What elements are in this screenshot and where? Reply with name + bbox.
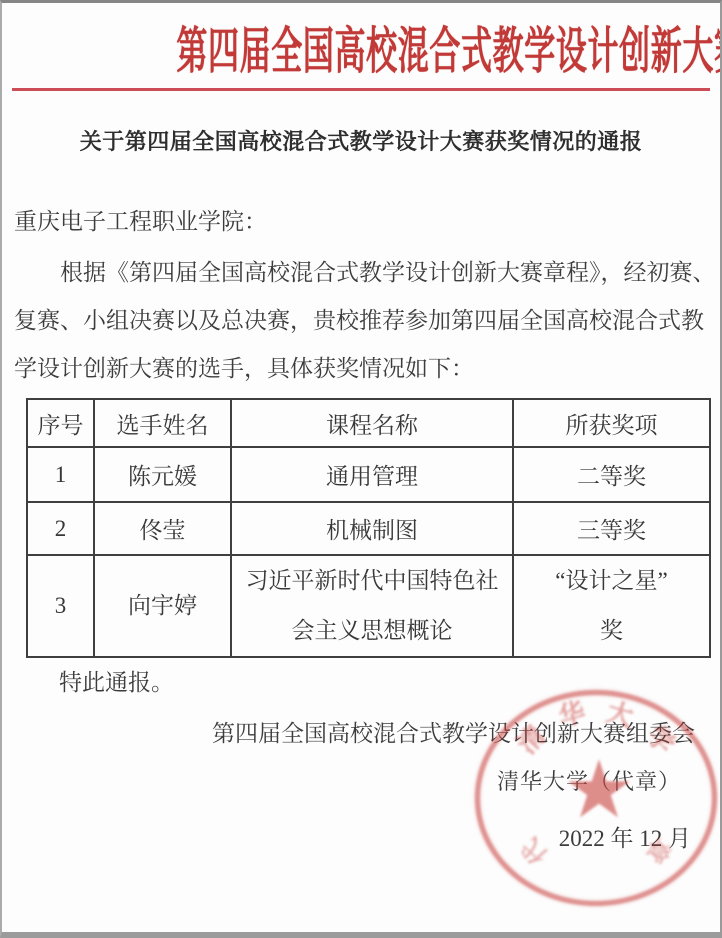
signature-date: 2022 年 12 月 bbox=[559, 820, 691, 853]
banner-divider bbox=[12, 88, 710, 91]
cell-course: 习近平新时代中国特色社 会主义思想概论 bbox=[231, 555, 513, 657]
cell-index: 3 bbox=[27, 555, 94, 657]
seal-corner-character: 代 bbox=[516, 831, 556, 871]
cell-name: 佟莹 bbox=[94, 502, 231, 555]
paragraph-line: 复赛、小组决赛以及总决赛，贵校推荐参加第四届全国高校混合式教 bbox=[14, 297, 710, 345]
cell-award: 三等奖 bbox=[513, 502, 710, 555]
paragraph-line: 根据《第四届全国高校混合式教学设计创新大赛章程》，经初赛、 bbox=[14, 249, 710, 297]
table-row: 2 佟莹 机械制图 三等奖 bbox=[27, 502, 710, 555]
header-index: 序号 bbox=[27, 399, 94, 447]
document-page: 第四届全国高校混合式教学设计创新大赛 关于第四届全国高校混合式教学设计大赛获奖情… bbox=[0, 0, 722, 938]
table-row: 1 陈元媛 通用管理 二等奖 bbox=[27, 447, 710, 502]
notice-title: 关于第四届全国高校混合式教学设计大赛获奖情况的通报 bbox=[2, 125, 720, 156]
body-paragraph: 根据《第四届全国高校混合式教学设计创新大赛章程》，经初赛、 复赛、小组决赛以及总… bbox=[14, 249, 710, 393]
header-name: 选手姓名 bbox=[94, 399, 231, 447]
cell-name: 向宇婷 bbox=[94, 555, 231, 657]
cell-index: 2 bbox=[27, 502, 94, 555]
cell-name: 陈元媛 bbox=[94, 447, 231, 502]
table-row: 3 向宇婷 习近平新时代中国特色社 会主义思想概论 “设计之星” 奖 bbox=[27, 555, 710, 657]
signature-issuer: 清华大学（代章） bbox=[497, 765, 681, 796]
competition-banner: 第四届全国高校混合式教学设计创新大赛 bbox=[2, 25, 720, 77]
award-table: 序号 选手姓名 课程名称 所获奖项 1 陈元媛 通用管理 二等奖 2 佟莹 机械… bbox=[26, 398, 711, 658]
banner-title: 第四届全国高校混合式教学设计创新大赛 bbox=[176, 25, 722, 77]
cell-course: 机械制图 bbox=[231, 502, 513, 555]
signature-organization: 第四届全国高校混合式教学设计创新大赛组委会 bbox=[212, 715, 695, 748]
cell-award: 二等奖 bbox=[513, 447, 710, 502]
cell-index: 1 bbox=[27, 447, 94, 502]
table-header-row: 序号 选手姓名 课程名称 所获奖项 bbox=[27, 399, 710, 447]
cell-award: “设计之星” 奖 bbox=[513, 555, 710, 657]
header-course: 课程名称 bbox=[231, 399, 513, 447]
cell-course: 通用管理 bbox=[231, 447, 513, 502]
paragraph-line: 学设计创新大赛的选手，具体获奖情况如下： bbox=[14, 345, 710, 393]
header-award: 所获奖项 bbox=[513, 399, 710, 447]
closing-statement: 特此通报。 bbox=[59, 664, 174, 697]
salutation: 重庆电子工程职业学院： bbox=[14, 203, 267, 236]
